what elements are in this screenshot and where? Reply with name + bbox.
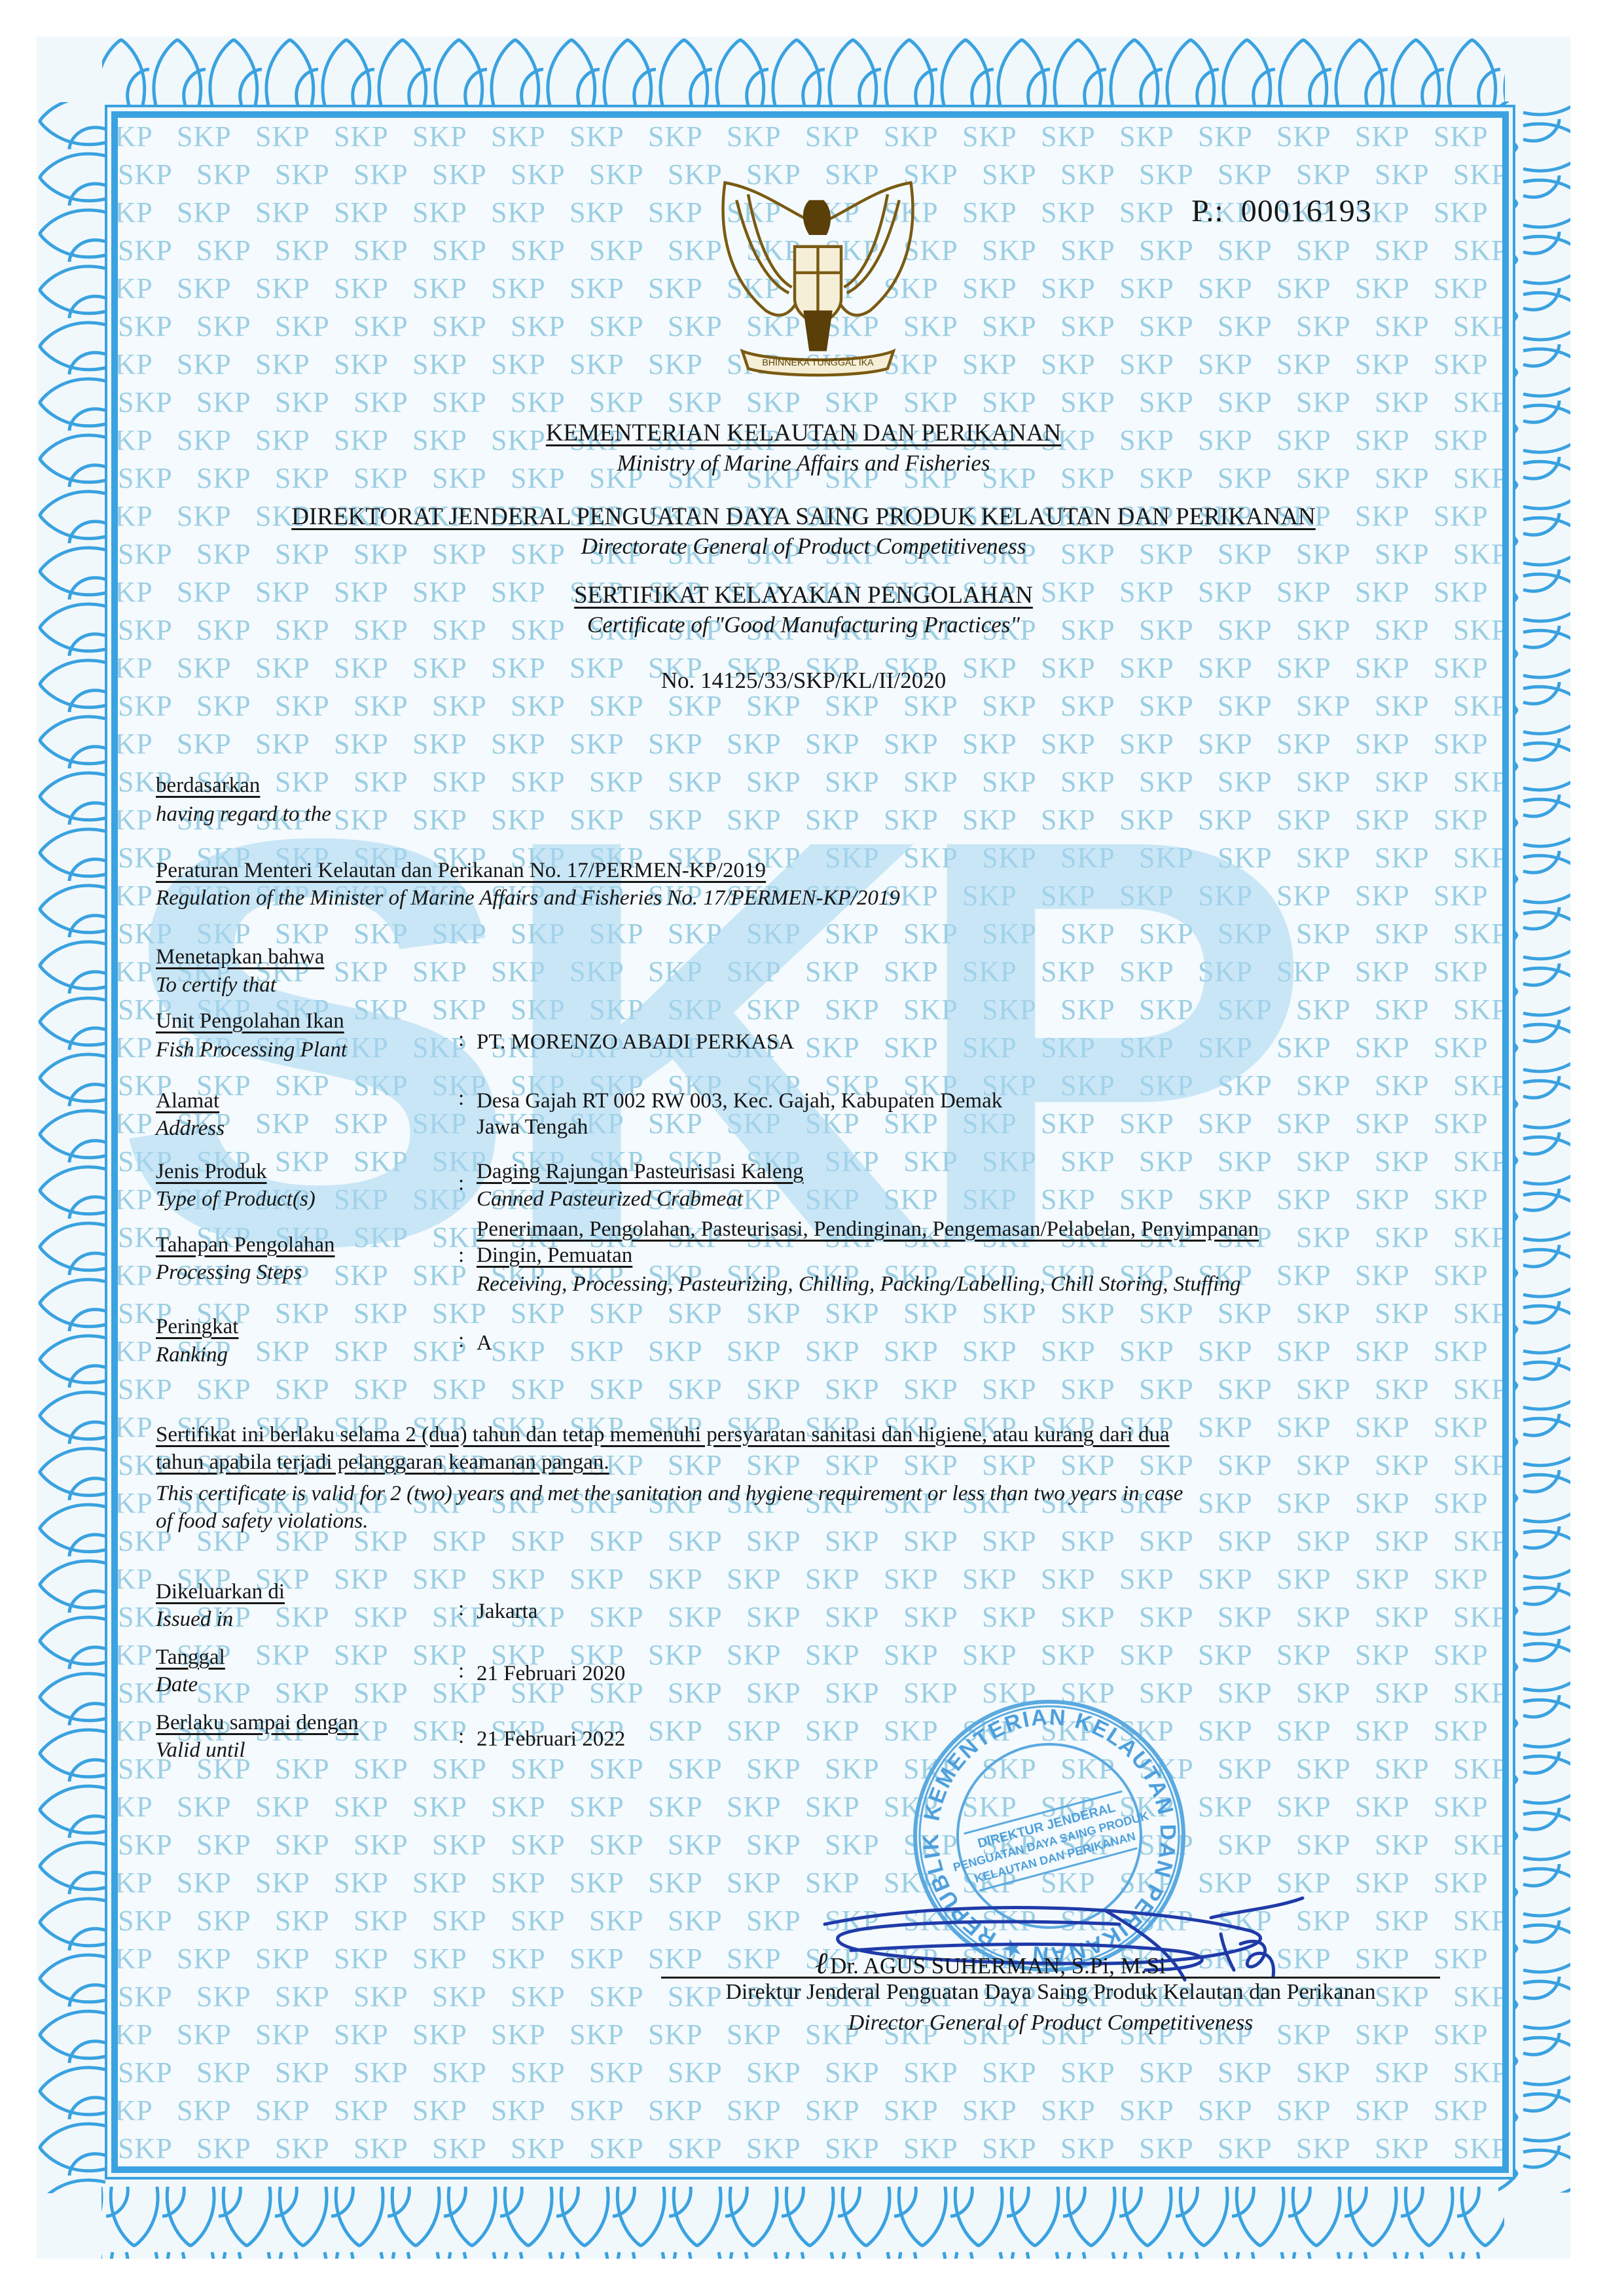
address-line1: Desa Gajah RT 002 RW 003, Kec. Gajah, Ka… bbox=[477, 1086, 1002, 1115]
regulation-text: Peraturan Menteri Kelautan dan Perikanan… bbox=[156, 856, 766, 885]
certify-label-en: To certify that bbox=[156, 971, 276, 999]
valid-until-colon: : bbox=[458, 1725, 464, 1749]
date-value: 21 Februari 2020 bbox=[477, 1659, 625, 1688]
signatory-title-en: Director General of Product Competitiven… bbox=[661, 2011, 1440, 2036]
initial-mark-icon: ℓ bbox=[815, 1946, 827, 1980]
svg-text:BHINNEKA TUNGGAL IKA: BHINNEKA TUNGGAL IKA bbox=[762, 358, 874, 368]
signatory-title: Direktur Jenderal Penguatan Daya Saing P… bbox=[661, 1980, 1440, 2005]
product-colon: : bbox=[458, 1172, 464, 1196]
ranking-colon: : bbox=[458, 1329, 464, 1353]
certificate-number: No. 14125/33/SKP/KL/II/2020 bbox=[0, 668, 1607, 694]
serial-prefix: P.: bbox=[1191, 194, 1224, 228]
address-colon: : bbox=[458, 1086, 464, 1111]
address-label: Alamat bbox=[156, 1086, 219, 1115]
plant-label-en: Fish Processing Plant bbox=[156, 1035, 347, 1064]
issued-in-value: Jakarta bbox=[477, 1597, 537, 1626]
serial-value: 00016193 bbox=[1241, 194, 1372, 228]
product-value-en: Canned Pasteurized Crabmeat bbox=[477, 1185, 743, 1213]
date-label-en: Date bbox=[156, 1670, 198, 1699]
plant-colon: : bbox=[458, 1028, 464, 1052]
serial-number: P.: 00016193 bbox=[1191, 193, 1372, 229]
ministry-title-en: Ministry of Marine Affairs and Fisheries bbox=[0, 450, 1607, 476]
validity-text-line2: tahun apabila terjadi pelanggaran keaman… bbox=[156, 1448, 609, 1477]
product-label-en: Type of Product(s) bbox=[156, 1185, 316, 1213]
validity-text-line1: Sertifikat ini berlaku selama 2 (dua) ta… bbox=[156, 1420, 1170, 1449]
issued-in-colon: : bbox=[458, 1597, 464, 1621]
certify-label: Menetapkan bahwa bbox=[156, 942, 324, 971]
plant-value: PT. MORENZO ABADI PERKASA bbox=[477, 1028, 794, 1056]
date-colon: : bbox=[458, 1659, 464, 1683]
issued-in-label-en: Issued in bbox=[156, 1605, 233, 1634]
directorate-title-en: Directorate General of Product Competiti… bbox=[0, 533, 1607, 560]
signature-line bbox=[661, 1977, 1440, 1979]
date-label: Tanggal bbox=[156, 1643, 225, 1672]
regard-label-en: having regard to the bbox=[156, 800, 331, 829]
steps-value-en: Receiving, Processing, Pasteurizing, Chi… bbox=[477, 1270, 1240, 1299]
certificate-title-en: Certificate of "Good Manufacturing Pract… bbox=[0, 612, 1607, 638]
product-label: Jenis Produk bbox=[156, 1157, 267, 1186]
steps-label-en: Processing Steps bbox=[156, 1258, 302, 1287]
directorate-title: DIREKTORAT JENDERAL PENGUATAN DAYA SAING… bbox=[0, 503, 1607, 531]
valid-until-label: Berlaku sampai dengan bbox=[156, 1708, 359, 1737]
issued-in-label: Dikeluarkan di bbox=[156, 1577, 285, 1606]
valid-until-value: 21 Februari 2022 bbox=[477, 1725, 625, 1753]
validity-text-en-line1: This certificate is valid for 2 (two) ye… bbox=[156, 1479, 1183, 1508]
garuda-emblem-icon: BHINNEKA TUNGGAL IKA bbox=[702, 177, 934, 386]
validity-text-en-line2: of food safety violations. bbox=[156, 1507, 368, 1535]
signatory-name: ℓDr. AGUS SUHERMAN, S.Pi, M.Si bbox=[815, 1946, 1166, 1981]
steps-label: Tahapan Pengolahan bbox=[156, 1230, 335, 1259]
valid-until-label-en: Valid until bbox=[156, 1736, 245, 1765]
ranking-value: A bbox=[477, 1329, 492, 1357]
product-value: Daging Rajungan Pasteurisasi Kaleng bbox=[477, 1157, 803, 1186]
certificate-title: SERTIFIKAT KELAYAKAN PENGOLAHAN bbox=[0, 581, 1607, 609]
steps-value-line1: Penerimaan, Pengolahan, Pasteurisasi, Pe… bbox=[477, 1215, 1259, 1244]
steps-value-line2: Dingin, Pemuatan bbox=[477, 1241, 632, 1270]
steps-colon: : bbox=[458, 1244, 464, 1268]
signatory-name-text: Dr. AGUS SUHERMAN, S.Pi, M.Si bbox=[830, 1953, 1166, 1979]
ranking-label: Peringkat bbox=[156, 1312, 238, 1341]
ranking-label-en: Ranking bbox=[156, 1340, 228, 1369]
regard-label: berdasarkan bbox=[156, 771, 260, 800]
address-line2: Jawa Tengah bbox=[477, 1113, 588, 1141]
certificate-content: P.: 00016193 BHINNEKA TUNGGAL IKA KEMENT… bbox=[0, 0, 1607, 2296]
plant-label: Unit Pengolahan Ikan bbox=[156, 1007, 344, 1035]
regulation-text-en: Regulation of the Minister of Marine Aff… bbox=[156, 884, 900, 912]
address-label-en: Address bbox=[156, 1114, 225, 1143]
ministry-title: KEMENTERIAN KELAUTAN DAN PERIKANAN bbox=[0, 419, 1607, 447]
